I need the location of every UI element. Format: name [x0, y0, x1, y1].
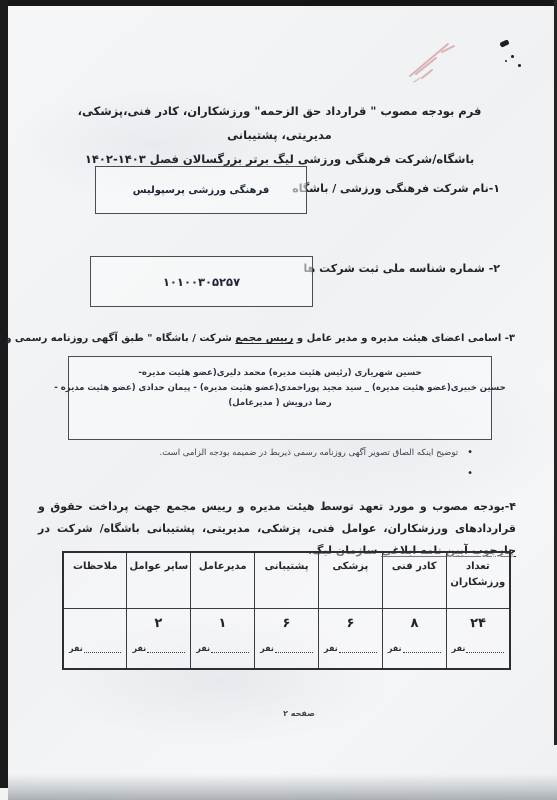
unit-label: نفر [69, 645, 83, 653]
col-header-technical-staff: کادر فنی [382, 552, 446, 609]
col-header-remarks: ملاحظات [63, 552, 127, 609]
bullet-icon: • [467, 468, 473, 480]
handwritten-count-ceo: ۱ [191, 615, 254, 632]
dots [339, 647, 377, 653]
dotted-line: نفر [196, 645, 249, 653]
dotted-line: نفر [452, 645, 504, 653]
scan-bottom-shadow [8, 774, 557, 800]
board-members-line3: رضا درویش ( مدیرعامل) [228, 396, 331, 411]
handwritten-count-remarks [64, 615, 126, 617]
col-header-medical: پزشکی [318, 552, 382, 609]
cell-remarks: نفر [63, 609, 127, 670]
table-row: ۲۴ نفر ۸ نفر ۶ نفر ۶ نفر ۱ نفر ۲ نفر [63, 609, 510, 670]
board-members-line2: حسین خبیری(عضو هئیت مدیره) _ سید مجید پو… [54, 381, 505, 396]
ink-speck [511, 55, 514, 58]
dots [84, 647, 122, 653]
cell-other-staff: ۲ نفر [127, 609, 191, 670]
national-id-label: ۲- شماره شناسه ملی ثبت شرکت ها [304, 262, 501, 275]
dots [211, 647, 249, 653]
scanned-budget-form: { "document": { "header": { "line1": "فر… [0, 0, 557, 800]
cell-technical-staff: ۸ نفر [382, 609, 446, 670]
ink-speck [518, 64, 521, 67]
unit-label: نفر [260, 645, 274, 653]
dotted-line: نفر [132, 645, 185, 653]
table-header-row: تعداد ورزشکاران کادر فنی پزشکی پشتیبانی … [63, 552, 510, 609]
dotted-line: نفر [260, 645, 313, 653]
attachment-note: • توضیح اینکه الصاق تصویر آگهی روزنامه ر… [60, 447, 473, 459]
dots [147, 647, 185, 653]
red-pen-mark [402, 30, 472, 85]
cell-ceo: ۱ نفر [191, 609, 255, 670]
scan-edge-left [0, 0, 8, 788]
board-members-label: ۳- اسامی اعضای هیئت مدیره و مدیر عامل و … [0, 333, 515, 344]
club-name-box: فرهنگی ورزشی پرسپولیس [95, 166, 307, 214]
board-members-box: حسین شهریاری (رئیس هئیت مدیره) محمد دلیر… [68, 356, 492, 440]
board-members-label-underlined: رییس مجمع [235, 333, 293, 344]
col-header-athletes: تعداد ورزشکاران [446, 552, 510, 609]
unit-label: نفر [132, 645, 146, 653]
handwritten-count-other: ۲ [127, 615, 190, 632]
dotted-line: نفر [69, 645, 121, 653]
cell-support: ۶ نفر [255, 609, 319, 670]
national-id-box: ۱۰۱۰۰۳۰۵۲۵۷ [90, 256, 313, 307]
cell-medical: ۶ نفر [318, 609, 382, 670]
board-members-label-suffix: شرکت / باشگاه " طبق آگهی روزنامه رسمی و … [0, 333, 235, 344]
col-header-ceo: مدیرعامل [191, 552, 255, 609]
cell-athletes: ۲۴ نفر [446, 609, 510, 670]
club-name-label: ۱-نام شرکت فرهنگی ورزشی / باشگاه [292, 182, 500, 195]
scan-edge-top [0, 0, 557, 6]
handwritten-count-medical: ۶ [319, 615, 382, 632]
dots [275, 647, 313, 653]
page-number: صفحه ۲ [244, 709, 354, 718]
board-members-line1: حسین شهریاری (رئیس هئیت مدیره) محمد دلیر… [138, 366, 421, 381]
bullet-icon: • [467, 447, 473, 459]
empty-bullet: • [60, 468, 473, 480]
dotted-line: نفر [388, 645, 441, 653]
dots [403, 647, 441, 653]
board-members-label-prefix: ۳- اسامی اعضای هیئت مدیره و مدیر عامل و [293, 333, 515, 344]
handwritten-count-technical: ۸ [383, 615, 446, 632]
budget-commitment-part1: ۴-بودجه مصوب و مورد تعهد توسط هیئت مدیره… [38, 500, 516, 535]
personnel-count-table: تعداد ورزشکاران کادر فنی پزشکی پشتیبانی … [62, 551, 511, 670]
form-title-line1: فرم بودجه مصوب " قرارداد حق الزحمه" ورزش… [66, 99, 493, 147]
ink-speck [505, 60, 507, 62]
dots [466, 647, 504, 653]
unit-label: نفر [452, 645, 466, 653]
attachment-note-text: توضیح اینکه الصاق تصویر آگهی روزنامه رسم… [160, 447, 459, 459]
handwritten-count-support: ۶ [255, 615, 318, 632]
unit-label: نفر [324, 645, 338, 653]
unit-label: نفر [196, 645, 210, 653]
handwritten-count-athletes: ۲۴ [446, 615, 509, 632]
dotted-line: نفر [324, 645, 377, 653]
col-header-support: پشتیبانی [255, 552, 319, 609]
form-title: فرم بودجه مصوب " قرارداد حق الزحمه" ورزش… [66, 99, 493, 171]
national-id-value: ۱۰۱۰۰۳۰۵۲۵۷ [163, 275, 240, 289]
unit-label: نفر [388, 645, 402, 653]
col-header-other-staff: سایر عوامل [127, 552, 191, 609]
club-name-value: فرهنگی ورزشی پرسپولیس [133, 185, 270, 196]
